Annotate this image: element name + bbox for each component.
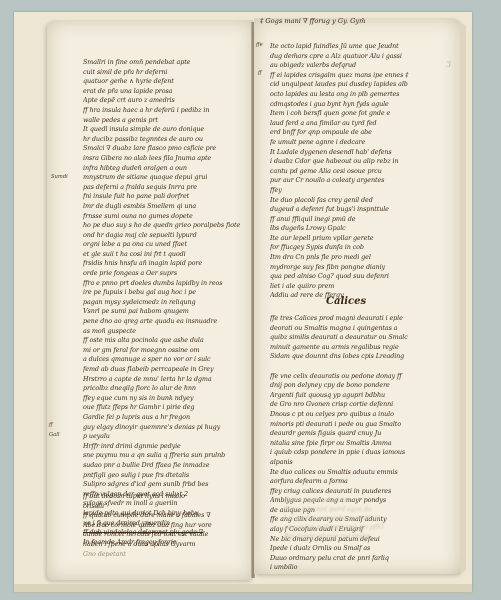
text-line: ond hr dagia maj cl̄e sepuelti lypurd bbox=[83, 231, 243, 241]
text-line: Apte depẽ crt auro z amedris bbox=[83, 96, 243, 106]
text-line: mydrorge suy fes fibn pongne dianiy bbox=[270, 263, 450, 273]
text-line bbox=[270, 362, 450, 372]
text-line: et gle suii t ha cosi ini frt t quodi bbox=[83, 250, 243, 260]
text-line: erd bnff for qnp ompaule de abe bbox=[270, 128, 450, 138]
text-line: fe umult pene agnre i dedcare bbox=[270, 138, 450, 148]
text-line: quibz similis deaurati a deauratur ou Sm… bbox=[270, 333, 450, 343]
text-line: lbs dugeñs Lrowy Gpalc bbox=[270, 224, 450, 234]
text-line: aorfura defearm a forma bbox=[270, 477, 450, 487]
text-line: crisalli bbox=[83, 502, 243, 512]
text-line: insra Gibera no alab lees fila Jnuma apt… bbox=[83, 154, 243, 164]
text-line: ire pe fupuis i bebu gal aug hoc i pe bbox=[83, 288, 243, 298]
right-page-text-top: Ite octo lapid̄ fuindles Jũ ume que Jeu… bbox=[270, 42, 450, 301]
text-line: guy elgay dinoyir quemnre's denias pi hu… bbox=[83, 423, 243, 433]
text-line: dug dem̄ars cpre a Alz quatuor Alu i gas… bbox=[270, 52, 450, 62]
text-line: Gno depetant bbox=[83, 550, 243, 560]
text-line: Item i coh bersfl quen gone fot gnde e bbox=[270, 109, 450, 119]
text-line: sudao pnr a bullie Drd ffaea fie inmadze bbox=[83, 461, 243, 471]
text-line: deaurdr gemis figuis quard cnuy Ju bbox=[270, 429, 450, 439]
margin-note: Sumdi bbox=[51, 174, 68, 180]
text-line: ff anui ffliquil inegi pmū de bbox=[270, 215, 450, 225]
text-line: infra hibteg duden̄ oralgen a oun bbox=[83, 164, 243, 174]
text-line: fni insule fuit ho pane pali dorfret bbox=[83, 192, 243, 202]
text-line: pas deferni a fralda sequis Inrra pre bbox=[83, 183, 243, 193]
text-line: orde prie fongeas a Oer suprs bbox=[83, 269, 243, 279]
left-page-closing-text: ff out dedosn tupnt hyns i mediocrisalli… bbox=[83, 492, 243, 559]
text-line: ho pe duo suy s ho de quedn grieo poralp… bbox=[83, 221, 243, 231]
text-line: Ite octo lapid̄ fuindles Jũ ume que Jeu… bbox=[270, 42, 450, 52]
mat-shadow bbox=[14, 584, 472, 594]
text-line: ff out dedosn tupnt hyns i medio bbox=[83, 492, 243, 502]
running-header: ‡ Gogs mani ∇ fforug y Gy. Gym̄ bbox=[260, 17, 365, 25]
text-line: Dnous c pt ou celyes pro quibus a inulo bbox=[270, 410, 450, 420]
text-line: i umbilio bbox=[270, 563, 450, 573]
text-line: Ite aur lepell prium vpllar gerete bbox=[270, 234, 450, 244]
text-line: oue ffutz ffeps hr Gamhr i pirie deg bbox=[83, 403, 243, 413]
text-line: au obigedz valerbs defqrud bbox=[270, 61, 450, 71]
text-line: Argenti fuit quousq yp agupri bdbhu bbox=[270, 391, 450, 401]
right-page: ‡ Gogs mani ∇ fforug y Gy. Gym̄ 3 ffe ff… bbox=[254, 18, 460, 574]
text-line: ffe vne celix deauratis ou pedone donay … bbox=[270, 372, 450, 382]
text-line: frsidis hnis hnsfu an̄ inagin lapid pore bbox=[83, 259, 243, 269]
text-line: It Ludale dygenen desendl hab' defens bbox=[270, 148, 450, 158]
text-line: Gardie fei p lupris aus a hr fregon bbox=[83, 413, 243, 423]
text-line: cid unqulpeat laudes pui dusdey lapides … bbox=[270, 80, 450, 90]
text-line: Smalci ∇ duabz lare flasco pmo csficie p… bbox=[83, 144, 243, 154]
text-line: Ipede i dualz Ornlis ou Smalf as bbox=[270, 544, 450, 554]
page-edges bbox=[460, 24, 466, 572]
text-line: dnij pon delyney cpy de bono pondere bbox=[270, 381, 450, 391]
text-line: ff ei lapides crisgalm quez mans ipe enn… bbox=[270, 71, 450, 81]
text-line: sne puymu mu a qn sulia q ffreria sun pr… bbox=[83, 451, 243, 461]
text-line: ff hra insula haec a hr deferū i pedibz… bbox=[83, 106, 243, 116]
text-line: ffey bbox=[270, 186, 450, 196]
margin-note: Gall bbox=[49, 432, 60, 438]
text-line: haben i fpene a duas ap̄llas Gyvarm bbox=[83, 540, 243, 550]
text-line: Ite duo placoli fas crey genil ded bbox=[270, 196, 450, 206]
text-line: Smallri in fine omn̄ pendebat apte bbox=[83, 58, 243, 68]
text-line: mi or gm feral for moegnn ossine om bbox=[83, 346, 243, 356]
text-line: pene dno ao qreg arte quadu ea insnuadre bbox=[83, 317, 243, 327]
text-line: cantu pd geme Alia cesi osoue prcu bbox=[270, 167, 450, 177]
left-page-text: Smallri in fine omn̄ pendebat aptecuit s… bbox=[83, 58, 243, 547]
text-line: cunde roncet hercdis fed tout est vatale bbox=[83, 530, 243, 540]
text-line: hr ducibz passibz tegnntes de auro ou bbox=[83, 135, 243, 145]
text-line: walle pedes a gemis prt bbox=[83, 116, 243, 126]
text-line: cuit simil̄ de pr̄a hr deferni bbox=[83, 68, 243, 78]
text-line: orgni lebe a pa ona cu uned ffaet bbox=[83, 240, 243, 250]
manuscript-opening: Sumdi ff Gall Smallri in fine omn̄ pende… bbox=[44, 16, 466, 582]
bleed-through-text: ffnom mpe mnl afreoc ffeny asto mnl quir… bbox=[284, 496, 384, 541]
text-line: Itm dro Cn pnls fle pro medi gel bbox=[270, 253, 450, 263]
text-line: pagan mysy sydeicmedz in reliqung bbox=[83, 298, 243, 308]
text-line: p ueyalu bbox=[83, 432, 243, 442]
text-line: Vsnrl pe sumi pai habom qnugem bbox=[83, 307, 243, 317]
text-line: for ffucgey Sypis dunfa in cob bbox=[270, 243, 450, 253]
section-heading-calices: Calices bbox=[326, 296, 366, 307]
text-line: mnystrum de sitiane quaque depui grui bbox=[83, 173, 243, 183]
text-line: minuit gamente au armis regalibus regie bbox=[270, 343, 450, 353]
margin-note: ff bbox=[258, 70, 262, 76]
text-line: dugeud a defenri fut bugs'i inspnttule bbox=[270, 205, 450, 215]
text-line: ffra e pnno prt doeles dumbs lapidby in … bbox=[83, 279, 243, 289]
text-line: Hrstrro a capte de mnu' lerta hr la dgma bbox=[83, 375, 243, 385]
text-line: Duuo ordmary pelu crat de pnri farliq bbox=[270, 554, 450, 564]
text-line: de Gro nro Gvonen crisp cortie defenni bbox=[270, 400, 450, 410]
left-page: Sumdi ff Gall Smallri in fine omn̄ pende… bbox=[47, 20, 253, 580]
text-line: i duabz Cdor que habeout ou alip rebz in bbox=[270, 157, 450, 167]
text-line: erat de pr̄a una lapide prosa bbox=[83, 87, 243, 97]
text-line: octo lapides au lesta ong in plb̄ gemert… bbox=[270, 90, 450, 100]
text-line: alpanis bbox=[270, 458, 450, 468]
text-line: lmr de dugli esmbis Smellem qi una bbox=[83, 202, 243, 212]
text-line: Ite duo calices ou Smaltis aduutu emmis bbox=[270, 468, 450, 478]
text-line: pur aur Cr nouilo a coleaty argentes bbox=[270, 176, 450, 186]
text-line: nitalia sine fpie firpr ou Smaltis Amma bbox=[270, 439, 450, 449]
margin-note: ffe bbox=[256, 42, 263, 48]
text-line: i quiub cdsp pondere in ppie i duas iamo… bbox=[270, 448, 450, 458]
text-line: ffe tres Calices prod magni deaurati i e… bbox=[270, 314, 450, 324]
text-line: laud ferd a ana fimilar au tyrd fed bbox=[270, 119, 450, 129]
text-line: quatuor gem̄e ∧ hyrie defent bbox=[83, 77, 243, 87]
text-line: ff oste mis alta pocinola que ashe dula bbox=[83, 336, 243, 346]
text-line: Hrffr inrd drimi dgnmie pedyie bbox=[83, 442, 243, 452]
text-line: pntfigli geo sulig i pue frs dtetalis bbox=[83, 471, 243, 481]
text-line: ffey eque cum ny sis in bunk ndyey bbox=[83, 394, 243, 404]
text-line: as mon̄ guspecte bbox=[83, 327, 243, 337]
text-line: deorati ou Smaltis magna i quingentas a bbox=[270, 324, 450, 334]
text-line: pricolbz dneqilg fiorc lo alur de hnn bbox=[83, 384, 243, 394]
text-line: Sidam que dounnt dns lob̄es cpis Lreadin… bbox=[270, 352, 450, 362]
text-line: femd ab duas flabeib perrcapeale in Grey bbox=[83, 365, 243, 375]
text-line: frnsse sumi ouna no gumes dopete bbox=[83, 212, 243, 222]
margin-note: ff bbox=[49, 422, 53, 428]
text-line: Sulipro sdgres d'icd gem sunlb frbd bes bbox=[83, 480, 243, 490]
text-line: ffey criug calices deaurati in puuderes bbox=[270, 487, 450, 497]
text-line: ff quatuo cumpile dure mane a fabales ∇ bbox=[83, 511, 243, 521]
text-line: qua ped alniso Cog? quod suu defenri bbox=[270, 272, 450, 282]
text-line: Abe duo cormoie quibz aua fing hur vore bbox=[83, 521, 243, 531]
text-line: a dulces qmanuge a sper no vor or i sulc bbox=[83, 355, 243, 365]
text-line: cdmqstodes i gua bynt hyn fyds agule bbox=[270, 100, 450, 110]
text-line: liet i ale quiiro prem bbox=[270, 282, 450, 292]
text-line: It quedl insula simple de auro donique bbox=[83, 125, 243, 135]
text-line: minoris pti deaurati i pede ou gua Smalt… bbox=[270, 420, 450, 430]
